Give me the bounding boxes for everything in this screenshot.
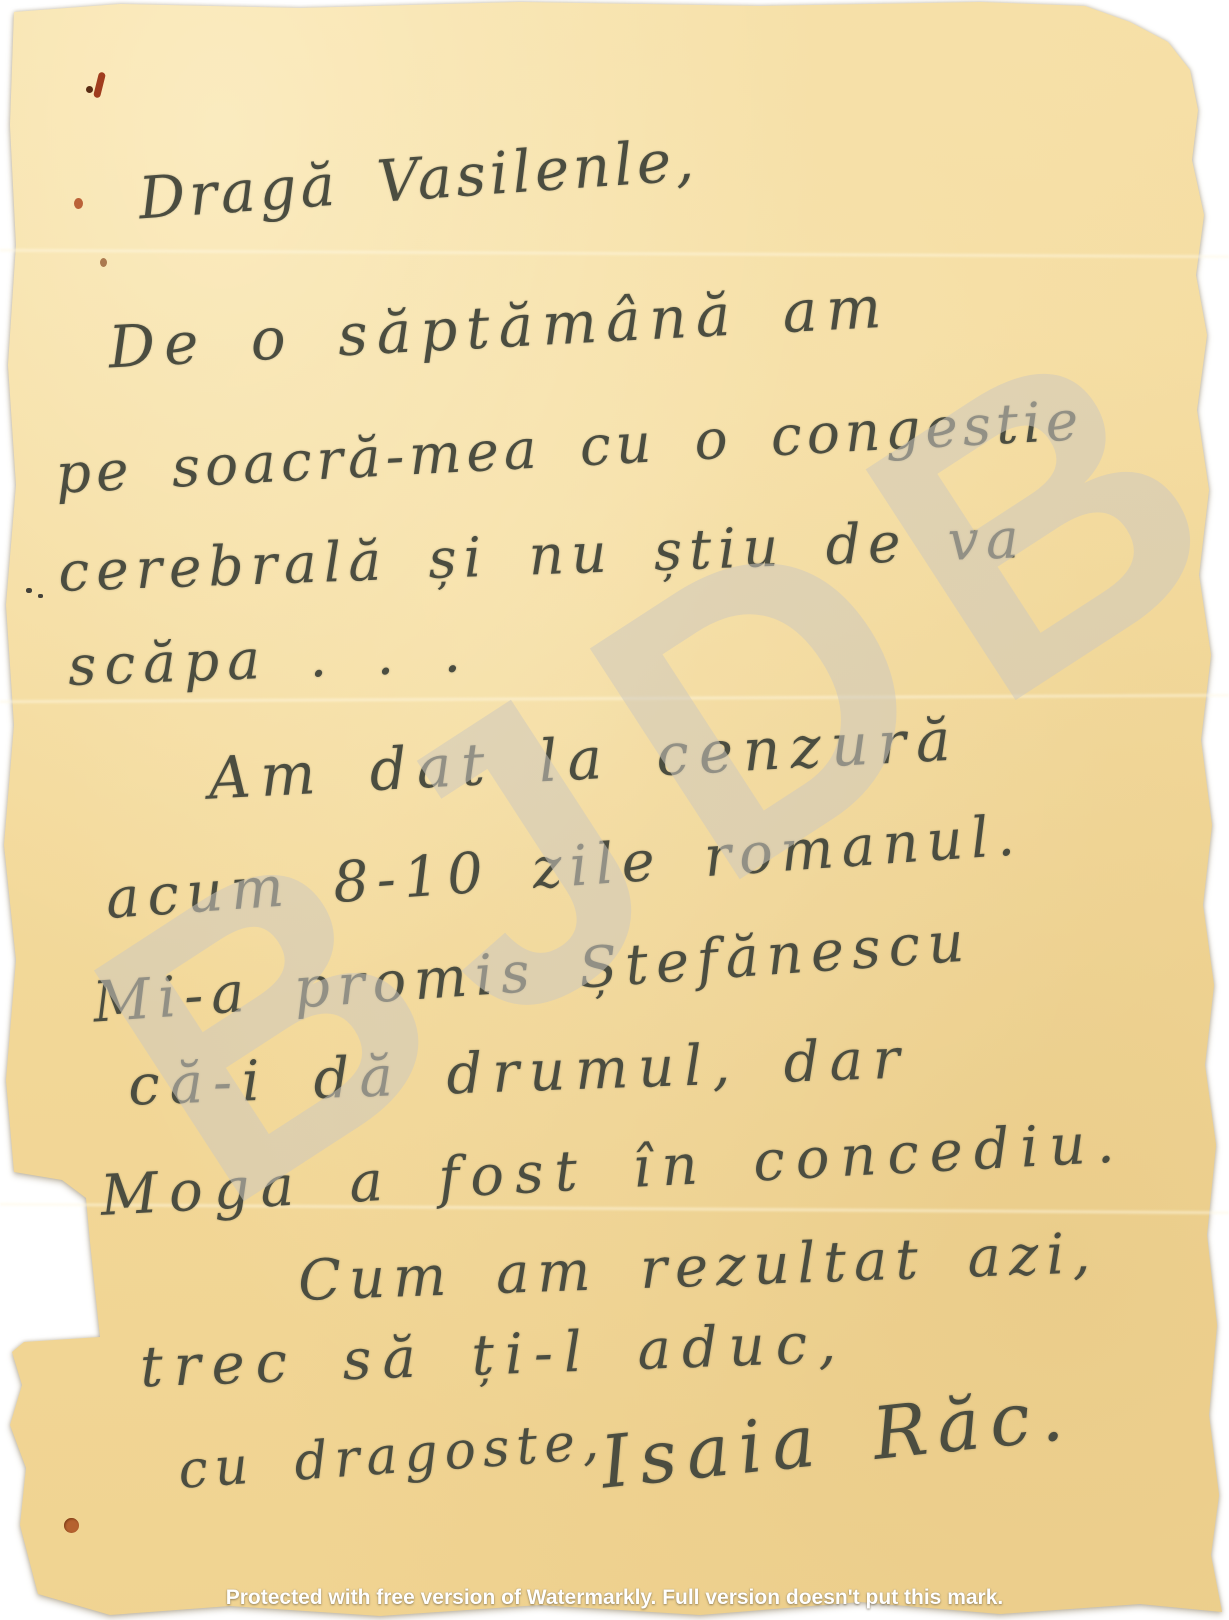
paper-stain	[86, 86, 93, 93]
paper-stain	[74, 198, 83, 209]
paper-stain	[64, 1518, 79, 1533]
handwritten-line: scăpa . . .	[67, 625, 469, 694]
watermarkly-notice: Protected with free version of Watermark…	[0, 1586, 1229, 1610]
paper-stain	[100, 258, 107, 267]
scan-background: { "document": { "kind": "handwritten-let…	[0, 0, 1229, 1620]
ink-dot	[26, 588, 32, 593]
ink-dot	[38, 594, 43, 598]
